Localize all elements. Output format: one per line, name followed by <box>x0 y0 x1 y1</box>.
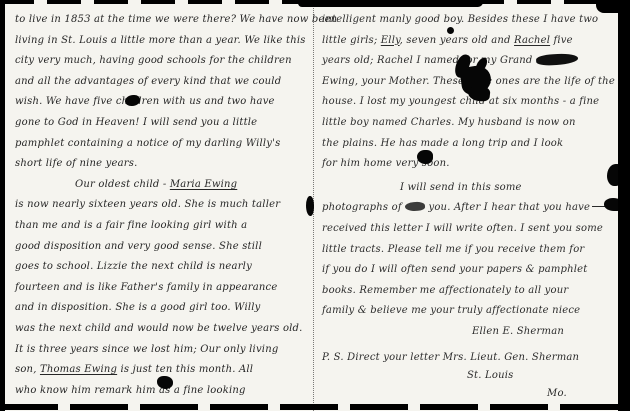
ink-blot <box>417 150 433 164</box>
line-text: Our oldest child - <box>75 179 170 190</box>
scan-border-left <box>0 0 5 411</box>
letter-line: little girls; Elly, seven years old and … <box>322 31 614 52</box>
letter-line: living in St. Louis a little more than a… <box>15 31 312 52</box>
underlined-name: Maria Ewing <box>170 179 237 190</box>
letter-line: wish. We have five children with us and … <box>15 92 312 113</box>
letter-line: and all the advantages of every kind tha… <box>15 72 312 93</box>
signature-line: Ellen E. Sherman <box>322 322 614 343</box>
line-text: five <box>550 35 573 46</box>
letter-line-paragraph-start: Our oldest child - Maria Ewing <box>15 175 312 196</box>
line-text: you. After I hear that you have <box>425 202 590 213</box>
letter-line: the plains. He has made a long trip and … <box>322 134 614 155</box>
ink-blot <box>157 376 173 389</box>
scan-border-top <box>0 0 630 4</box>
left-page: to live in 1853 at the time we were ther… <box>15 10 312 401</box>
letter-line: little boy named Charles. My husband is … <box>322 113 614 134</box>
scan-border-bottom <box>0 404 630 410</box>
letter-line-paragraph-start: I will send in this some <box>322 178 614 199</box>
letter-line: It is three years since we lost him; Our… <box>15 340 312 361</box>
letter-line: if you do I will often send your papers … <box>322 260 614 281</box>
letter-line: little tracts. Please tell me if you rec… <box>322 240 614 261</box>
letter-line: than me and is a fair fine looking girl … <box>15 216 312 237</box>
letter-line: goes to school. Lizzie the next child is… <box>15 257 312 278</box>
letter-line: good disposition and very good sense. Sh… <box>15 237 312 258</box>
line-text: is just ten this month. All <box>117 364 253 375</box>
underlined-name: Thomas Ewing <box>40 364 117 375</box>
letter-line: short life of nine years. <box>15 154 312 175</box>
line-text: , seven years old and <box>400 35 514 46</box>
letter-line: received this letter I will write often.… <box>322 219 614 240</box>
line-text: son, <box>15 364 40 375</box>
line-text: years old; Rachel I named for my Grand <box>322 55 536 66</box>
letter-line: was the next child and would now be twel… <box>15 319 312 340</box>
scan-border-right <box>618 0 630 411</box>
underlined-name: Rachel <box>514 35 550 46</box>
line-text: photographs of <box>322 202 405 213</box>
postscript-line-1: P. S. Direct your letter Mrs. Lieut. Gen… <box>322 349 614 367</box>
letter-line: intelligent manly good boy. Besides thes… <box>322 10 614 31</box>
scratched-out-word <box>536 53 579 66</box>
letter-line: photographs of you. After I hear that yo… <box>322 198 614 219</box>
line-text: little girls; <box>322 35 381 46</box>
letter-line: pamphlet containing a notice of my darli… <box>15 134 312 155</box>
letter-line: and in disposition. She is a good girl t… <box>15 298 312 319</box>
ink-blot <box>447 27 454 34</box>
letter-line: is now nearly sixteen years old. She is … <box>15 195 312 216</box>
letter-line: to live in 1853 at the time we were ther… <box>15 10 312 31</box>
ink-blot <box>306 196 314 216</box>
postscript-line-2: St. Louis <box>322 367 614 385</box>
underlined-name: Elly <box>381 35 400 46</box>
letter-line: family & believe me your truly affection… <box>322 301 614 322</box>
letter-line: gone to God in Heaven! I will send you a… <box>15 113 312 134</box>
letter-line: for him home very soon. <box>322 154 614 175</box>
letter-line: city very much, having good schools for … <box>15 51 312 72</box>
postscript-line-3: Mo. <box>322 385 614 403</box>
letter-line: books. Remember me affectionately to all… <box>322 281 614 302</box>
scanned-letter: to live in 1853 at the time we were ther… <box>0 0 630 411</box>
letter-line: fourteen and is like Father's family in … <box>15 278 312 299</box>
scratched-out-word <box>405 202 426 212</box>
